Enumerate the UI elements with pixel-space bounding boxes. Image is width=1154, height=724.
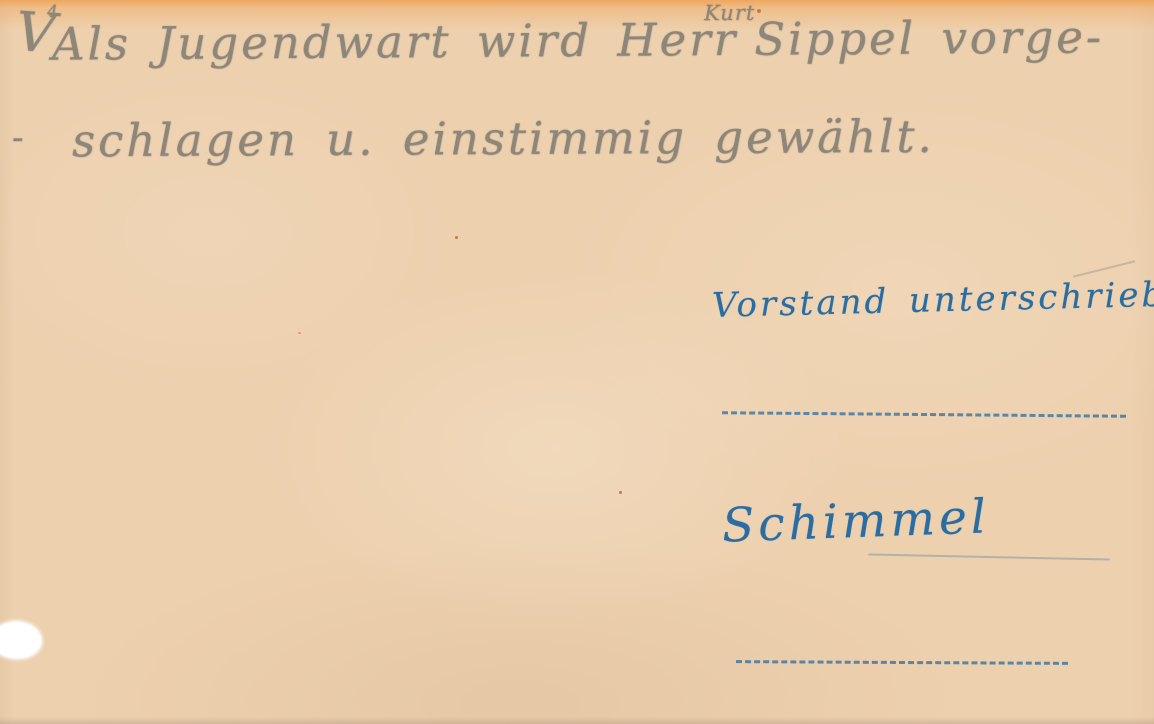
paper-speckle xyxy=(455,236,458,239)
signature-block-caption: Vorstand unterschriebe xyxy=(712,274,1154,326)
paper-speckle xyxy=(836,147,839,150)
dotted-signature-line-2 xyxy=(736,660,1068,665)
scanned-document-page: V 4 Als Jugendwart wird HerrKurtSippel v… xyxy=(0,0,1154,724)
paper-speckle xyxy=(757,9,761,13)
signature-underline xyxy=(868,553,1110,560)
paper-speckle xyxy=(298,332,301,334)
line1-text-after-insert: Sippel vorge- xyxy=(754,10,1104,65)
paper-speckle xyxy=(619,491,622,494)
margin-dash: - xyxy=(12,118,24,158)
dotted-signature-line-1 xyxy=(722,411,1126,418)
inserted-name: Kurt xyxy=(704,1,755,25)
line1-text-before-insert: Als Jugendwart wird Herr xyxy=(52,13,739,71)
body-line-1: Als Jugendwart wird HerrKurtSippel vorge… xyxy=(52,10,1104,70)
signature-schimmel: Schimmel xyxy=(721,489,991,553)
paper-speckle xyxy=(1078,36,1081,39)
punch-hole xyxy=(0,621,42,659)
body-line-2: schlagen u. einstimmig gewählt. xyxy=(72,110,935,168)
